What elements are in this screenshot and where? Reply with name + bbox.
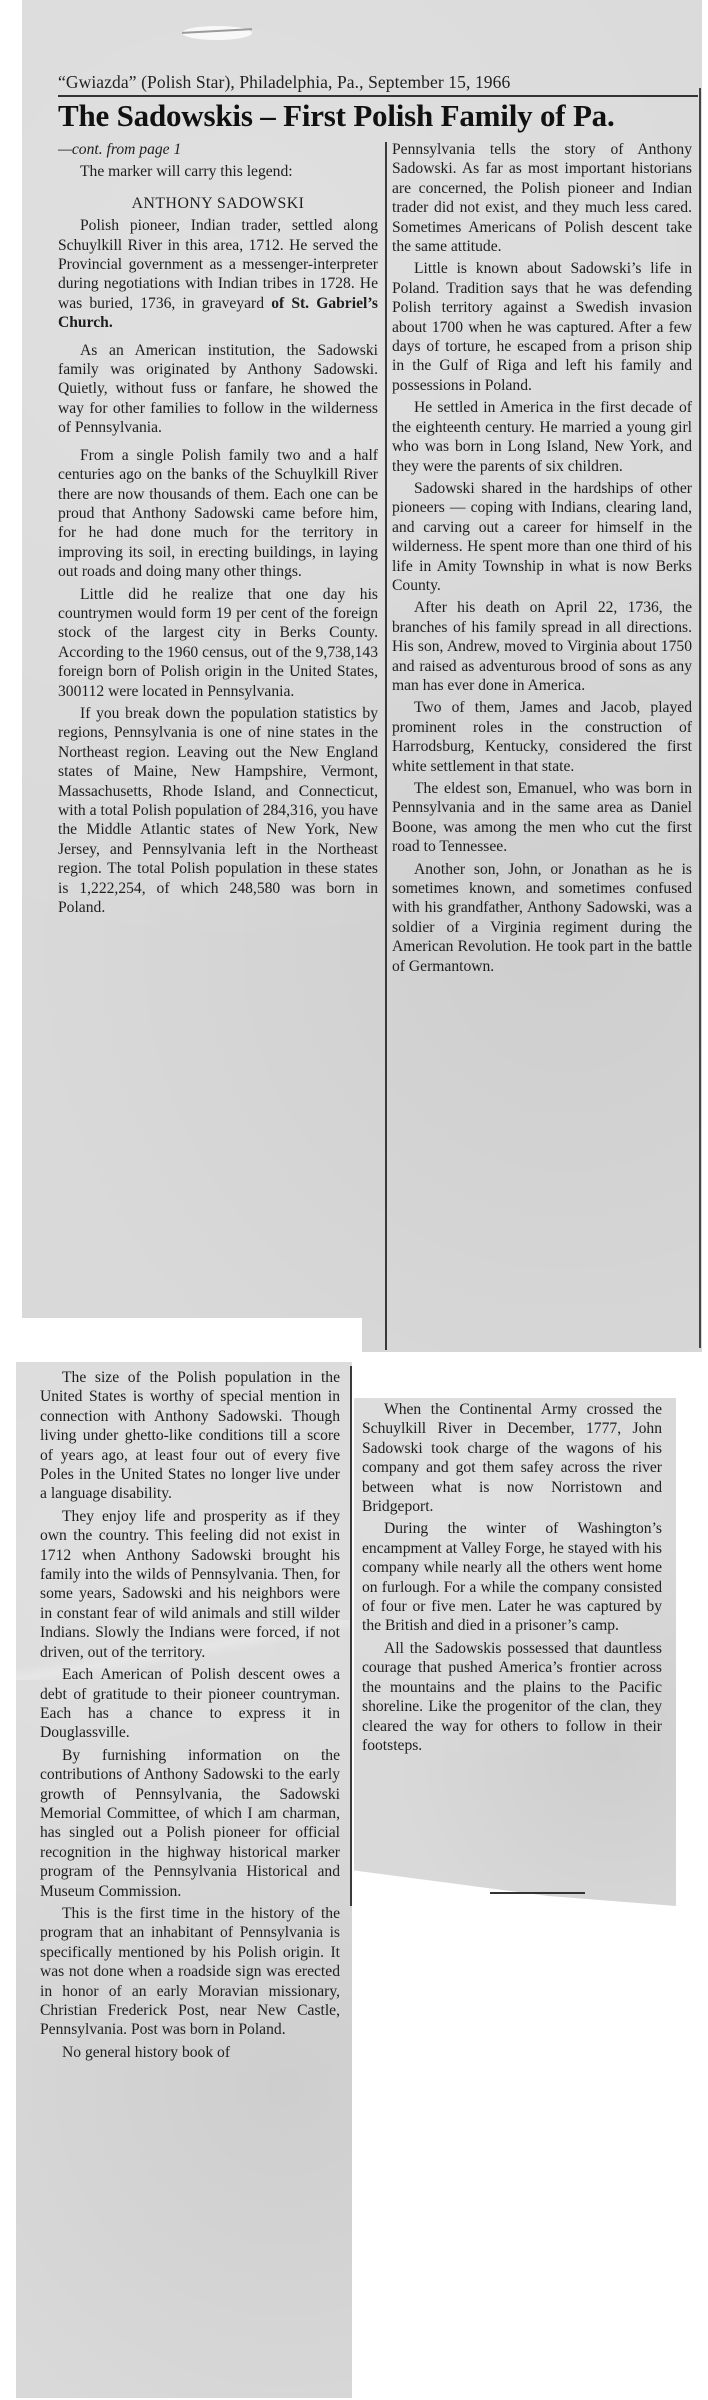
column-divider-lower [350,1366,352,1906]
source-line: “Gwiazda” (Polish Star), Philadelphia, P… [58,72,698,93]
masthead-rule [58,95,698,97]
article-column-2: Pennsylvania tells the story of Anthony … [392,140,692,976]
paragraph: The size of the Polish population in the… [40,1368,340,1504]
headline: The Sadowskis – First Polish Family of P… [58,98,706,134]
paragraph: Little did he realize that one day his c… [58,585,378,701]
torn-edge [22,1318,362,1354]
paragraph: If you break down the population statist… [58,704,378,917]
paragraph: From a single Polish family two and a ha… [58,446,378,582]
continued-note: —cont. from page 1 [58,140,378,159]
paragraph: Another son, John, or Jonathan as he is … [392,860,692,976]
paragraph: After his death on April 22, 1736, the b… [392,598,692,695]
paragraph: This is the first time in the history of… [40,1904,340,2040]
paragraph: Each American of Polish descent owes a d… [40,1665,340,1743]
article-column-4: When the Continental Army crossed the Sc… [362,1400,662,1755]
marker-title: ANTHONY SADOWSKI [58,194,378,213]
article-end-rule [490,1892,585,1894]
article-column-3: The size of the Polish population in the… [40,1368,340,2062]
paragraph: During the winter of Washington’s encamp… [362,1519,662,1635]
paragraph: The eldest son, Emanuel, who was born in… [392,779,692,857]
paragraph: Sadowski shared in the hardships of othe… [392,479,692,595]
paragraph: As an American institution, the Sadowski… [58,341,378,438]
paragraph: All the Sadowskis possessed that dauntle… [362,1639,662,1755]
paragraph: By furnishing information on the contrib… [40,1746,340,1901]
paragraph: Little is known about Sadowski’s life in… [392,259,692,395]
paragraph: When the Continental Army crossed the Sc… [362,1400,662,1516]
column-divider [385,142,387,1350]
paragraph: They enjoy life and prosperity as if the… [40,1507,340,1662]
paragraph: He settled in America in the first decad… [392,398,692,476]
paragraph: No general history book of [40,2043,340,2062]
marker-text: Polish pioneer, Indian trader, settled a… [58,216,378,332]
article-column-1: —cont. from page 1 The marker will carry… [58,140,378,917]
paragraph: Pennsylvania tells the story of Anthony … [392,140,692,256]
column-border [699,88,701,1348]
paragraph: The marker will carry this legend: [58,162,378,181]
paragraph: Two of them, James and Jacob, played pro… [392,698,692,776]
